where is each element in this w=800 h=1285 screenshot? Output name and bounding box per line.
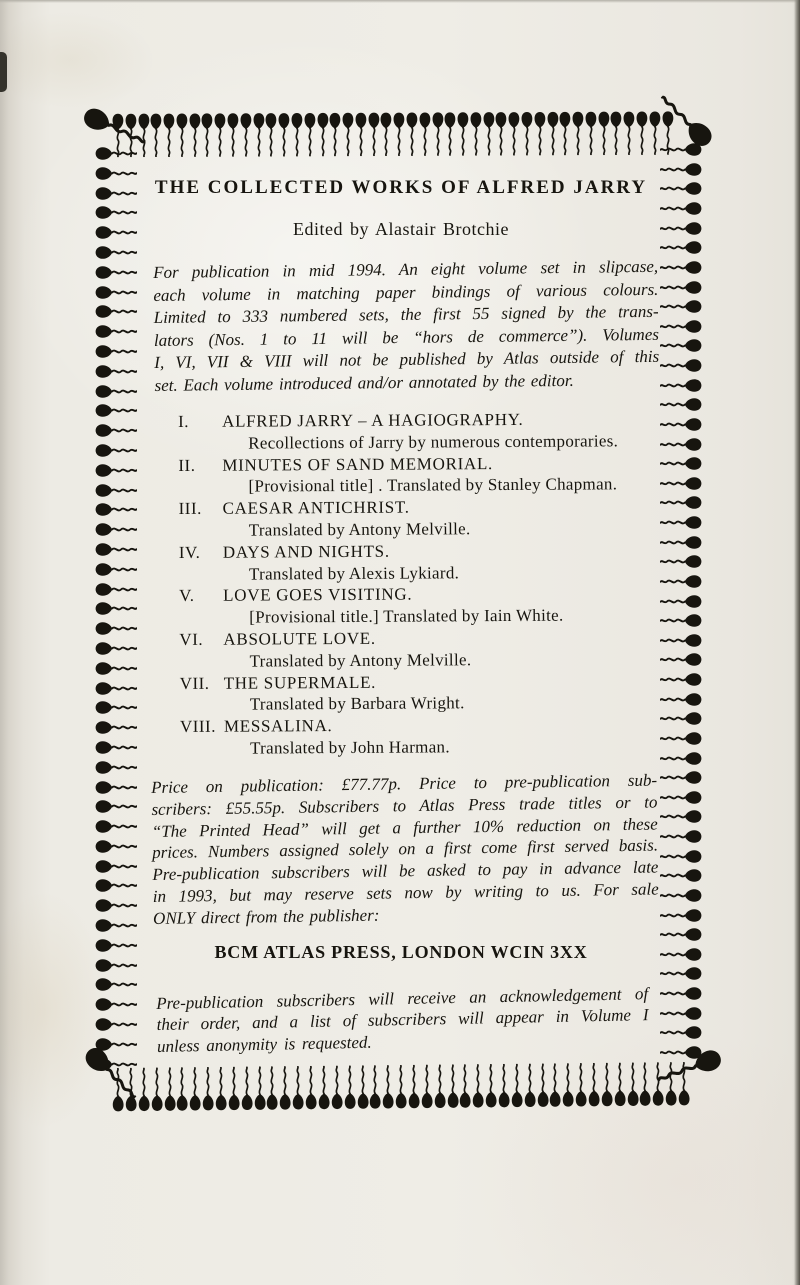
sperm-glyph-icon bbox=[639, 1061, 651, 1106]
sperm-glyph-icon bbox=[623, 111, 635, 155]
sperm-glyph-icon bbox=[329, 112, 341, 156]
volume-subtitle: Translated by John Harman. bbox=[180, 735, 672, 760]
sperm-glyph-icon bbox=[658, 1006, 702, 1021]
sperm-glyph-icon bbox=[658, 339, 702, 354]
sperm-glyph-icon bbox=[446, 1063, 458, 1108]
sperm-glyph-icon bbox=[658, 967, 702, 982]
volume-numeral: II. bbox=[178, 454, 222, 476]
sperm-glyph-icon bbox=[150, 113, 162, 157]
sperm-glyph-icon bbox=[151, 1066, 163, 1111]
volume-title: MINUTES OF SAND MEMORIAL. bbox=[222, 453, 493, 476]
sperm-glyph-icon bbox=[406, 112, 418, 156]
volume-row: III.CAESAR ANTICHRIST. Translated by Ant… bbox=[179, 495, 671, 542]
volume-row: VII.THE SUPERMALE. Translated by Barbara… bbox=[180, 670, 672, 717]
sperm-glyph-icon bbox=[95, 344, 139, 359]
sperm-glyph-icon bbox=[176, 1066, 188, 1111]
sperm-glyph-icon bbox=[498, 1063, 510, 1108]
volume-subtitle: [Provisional title.] Translated by Iain … bbox=[179, 604, 671, 629]
sperm-glyph-icon bbox=[369, 1064, 381, 1109]
sperm-glyph-icon bbox=[393, 112, 405, 156]
sperm-glyph-icon bbox=[95, 443, 139, 458]
sperm-glyph-icon bbox=[546, 111, 558, 155]
paragraph-line: set. Each volume introduced and/or annot… bbox=[154, 369, 659, 398]
sperm-glyph-icon bbox=[95, 265, 139, 280]
sperm-glyph-icon bbox=[318, 1065, 330, 1110]
sperm-glyph-icon bbox=[95, 542, 139, 557]
volume-numeral: VII. bbox=[180, 672, 224, 694]
sperm-glyph-icon bbox=[291, 112, 303, 156]
sperm-glyph-icon bbox=[316, 112, 328, 156]
sperm-glyph-icon bbox=[636, 111, 648, 155]
sperm-glyph-icon bbox=[572, 111, 584, 155]
sperm-glyph-icon bbox=[559, 111, 571, 155]
sperm-glyph-icon bbox=[658, 378, 702, 393]
sperm-glyph-icon bbox=[95, 601, 139, 616]
scanned-page: THE COLLECTED WORKS OF ALFRED JARRY Edit… bbox=[0, 0, 800, 1285]
sperm-glyph-icon bbox=[176, 113, 188, 157]
sperm-glyph-icon bbox=[485, 1063, 497, 1108]
sperm-glyph-icon bbox=[658, 829, 702, 844]
sperm-glyph-icon bbox=[658, 299, 702, 314]
volume-numeral: VI. bbox=[179, 629, 223, 651]
sperm-glyph-icon bbox=[433, 1064, 445, 1109]
sperm-glyph-icon bbox=[508, 111, 520, 155]
sperm-glyph-icon bbox=[95, 285, 139, 300]
volume-title: DAYS AND NIGHTS. bbox=[223, 540, 390, 563]
sperm-glyph-icon bbox=[521, 111, 533, 155]
volume-title: LOVE GOES VISITING. bbox=[223, 584, 412, 607]
sperm-glyph-icon bbox=[95, 245, 139, 260]
sperm-glyph-icon bbox=[421, 1064, 433, 1109]
sperm-glyph-icon bbox=[585, 111, 597, 155]
sperm-glyph-icon bbox=[658, 358, 702, 373]
sperm-glyph-icon bbox=[95, 997, 139, 1012]
volume-row: II.MINUTES OF SAND MEMORIAL. [Provisiona… bbox=[178, 452, 670, 499]
sperm-glyph-icon bbox=[189, 113, 201, 157]
sperm-glyph-icon bbox=[95, 740, 139, 755]
sperm-glyph-icon bbox=[457, 112, 469, 156]
sperm-glyph-icon bbox=[95, 780, 139, 795]
sperm-glyph-icon bbox=[610, 111, 622, 155]
sperm-glyph-icon bbox=[95, 799, 139, 814]
intro-paragraph: For publication in mid 1994. An eight vo… bbox=[153, 256, 660, 398]
sperm-glyph-icon bbox=[189, 1066, 201, 1111]
sperm-glyph-icon bbox=[95, 304, 139, 319]
sperm-glyph-icon bbox=[658, 240, 702, 255]
volume-subtitle: Translated by Barbara Wright. bbox=[180, 691, 672, 716]
sperm-glyph-icon bbox=[95, 621, 139, 636]
sperm-glyph-icon bbox=[658, 790, 702, 805]
sperm-glyph-icon bbox=[601, 1062, 613, 1107]
volume-numeral: V. bbox=[179, 585, 223, 607]
scan-edge-right bbox=[794, 0, 800, 1285]
sperm-glyph-icon bbox=[658, 908, 702, 923]
sperm-glyph-icon bbox=[658, 868, 702, 883]
sperm-glyph-icon bbox=[511, 1063, 523, 1108]
sperm-glyph-icon bbox=[470, 112, 482, 156]
sperm-glyph-icon bbox=[228, 1066, 240, 1111]
volume-title: THE SUPERMALE. bbox=[224, 671, 377, 694]
sperm-glyph-icon bbox=[253, 1065, 265, 1110]
sperm-border-left bbox=[95, 146, 139, 1072]
sperm-border-top bbox=[112, 111, 674, 158]
volume-list: I.ALFRED JARRY – A HAGIOGRAPHY. Recollec… bbox=[178, 408, 672, 760]
sperm-glyph-icon bbox=[658, 280, 702, 295]
sperm-glyph-icon bbox=[534, 111, 546, 155]
sperm-glyph-icon bbox=[483, 112, 495, 156]
sperm-glyph-icon bbox=[252, 113, 264, 157]
sperm-glyph-icon bbox=[95, 760, 139, 775]
volume-numeral: III. bbox=[179, 498, 223, 520]
volume-subtitle: Translated by Antony Melville. bbox=[179, 517, 671, 542]
sperm-glyph-icon bbox=[658, 849, 702, 864]
sperm-glyph-icon bbox=[305, 1065, 317, 1110]
sperm-glyph-icon bbox=[266, 1065, 278, 1110]
sperm-glyph-icon bbox=[163, 1066, 175, 1111]
page-title: THE COLLECTED WORKS OF ALFRED JARRY bbox=[110, 177, 692, 199]
sperm-glyph-icon bbox=[658, 810, 702, 825]
sperm-glyph-icon bbox=[613, 1062, 625, 1107]
closing-paragraph: Pre-publication subscribers will receive… bbox=[156, 983, 649, 1057]
sperm-glyph-icon bbox=[658, 319, 702, 334]
volume-title: ABSOLUTE LOVE. bbox=[223, 628, 376, 651]
sperm-glyph-icon bbox=[95, 384, 139, 399]
sperm-glyph-icon bbox=[95, 681, 139, 696]
sperm-glyph-icon bbox=[658, 927, 702, 942]
volume-row: VIII.MESSALINA. Translated by John Harma… bbox=[180, 713, 672, 760]
sperm-glyph-icon bbox=[279, 1065, 291, 1110]
volume-row: VI.ABSOLUTE LOVE. Translated by Antony M… bbox=[179, 626, 671, 673]
sperm-glyph-icon bbox=[562, 1062, 574, 1107]
sperm-glyph-icon bbox=[95, 324, 139, 339]
sperm-glyph-icon bbox=[575, 1062, 587, 1107]
volume-subtitle: Recollections of Jarry by numerous conte… bbox=[178, 430, 670, 455]
sperm-glyph-icon bbox=[549, 1062, 561, 1107]
sperm-glyph-icon bbox=[278, 112, 290, 156]
volume-title: MESSALINA. bbox=[224, 715, 333, 737]
sperm-glyph-icon bbox=[95, 819, 139, 834]
scan-edge-top bbox=[0, 0, 800, 3]
sperm-glyph-icon bbox=[95, 582, 139, 597]
volume-row: V.LOVE GOES VISITING. [Provisional title… bbox=[179, 582, 671, 629]
publisher-address: BCM ATLAS PRESS, LONDON WCIN 3XX bbox=[120, 942, 682, 963]
sperm-glyph-icon bbox=[214, 113, 226, 157]
volume-numeral: IV. bbox=[179, 542, 223, 564]
sperm-border-bottom bbox=[112, 1061, 690, 1112]
sperm-glyph-icon bbox=[408, 1064, 420, 1109]
sperm-glyph-icon bbox=[95, 720, 139, 735]
volume-subtitle: Translated by Alexis Lykiard. bbox=[179, 561, 671, 586]
sperm-glyph-icon bbox=[95, 502, 139, 517]
sperm-glyph-icon bbox=[658, 888, 702, 903]
sperm-glyph-icon bbox=[395, 1064, 407, 1109]
volume-title: ALFRED JARRY – A HAGIOGRAPHY. bbox=[222, 409, 523, 433]
pricing-paragraph: Price on publication: £77.77p. Price to … bbox=[151, 769, 659, 929]
sperm-glyph-icon bbox=[658, 770, 702, 785]
sperm-glyph-icon bbox=[536, 1062, 548, 1107]
sperm-glyph-icon bbox=[419, 112, 431, 156]
sperm-glyph-icon bbox=[95, 403, 139, 418]
volume-subtitle: [Provisional title] . Translated by Stan… bbox=[178, 473, 670, 498]
sperm-glyph-icon bbox=[241, 1066, 253, 1111]
sperm-glyph-icon bbox=[431, 112, 443, 156]
volume-row: IV.DAYS AND NIGHTS. Translated by Alexis… bbox=[179, 539, 671, 586]
sperm-glyph-icon bbox=[355, 112, 367, 156]
sperm-glyph-icon bbox=[368, 112, 380, 156]
sperm-glyph-icon bbox=[202, 1066, 214, 1111]
sperm-glyph-icon bbox=[265, 113, 277, 157]
sperm-glyph-icon bbox=[342, 112, 354, 156]
sperm-glyph-icon bbox=[382, 1064, 394, 1109]
sperm-glyph-icon bbox=[459, 1063, 471, 1108]
sperm-glyph-icon bbox=[95, 859, 139, 874]
sperm-glyph-icon bbox=[95, 661, 139, 676]
sperm-glyph-icon bbox=[95, 641, 139, 656]
sperm-glyph-icon bbox=[658, 1025, 702, 1040]
volume-row: I.ALFRED JARRY – A HAGIOGRAPHY. Recollec… bbox=[178, 408, 670, 455]
sperm-glyph-icon bbox=[304, 112, 316, 156]
sperm-glyph-icon bbox=[95, 522, 139, 537]
sperm-glyph-icon bbox=[95, 878, 139, 893]
sperm-glyph-icon bbox=[292, 1065, 304, 1110]
sperm-glyph-icon bbox=[95, 918, 139, 933]
sperm-glyph-icon bbox=[95, 364, 139, 379]
sperm-glyph-icon bbox=[658, 162, 702, 177]
sperm-glyph-icon bbox=[444, 112, 456, 156]
sperm-glyph-icon bbox=[95, 1017, 139, 1032]
sperm-glyph-icon bbox=[227, 113, 239, 157]
sperm-glyph-icon bbox=[95, 423, 139, 438]
sperm-glyph-icon bbox=[343, 1064, 355, 1109]
sperm-glyph-icon bbox=[331, 1065, 343, 1110]
volume-numeral: VIII. bbox=[180, 716, 224, 738]
sperm-glyph-icon bbox=[495, 112, 507, 156]
sperm-glyph-icon bbox=[95, 700, 139, 715]
sperm-glyph-icon bbox=[356, 1064, 368, 1109]
volume-title: CAESAR ANTICHRIST. bbox=[223, 497, 410, 520]
sperm-glyph-icon bbox=[472, 1063, 484, 1108]
sperm-glyph-icon bbox=[163, 113, 175, 157]
volume-numeral: I. bbox=[178, 411, 222, 433]
sperm-glyph-icon bbox=[215, 1066, 227, 1111]
sperm-glyph-icon bbox=[201, 113, 213, 157]
sperm-glyph-icon bbox=[658, 260, 702, 275]
sperm-glyph-icon bbox=[380, 112, 392, 156]
sperm-glyph-icon bbox=[658, 986, 702, 1001]
sperm-glyph-icon bbox=[95, 562, 139, 577]
sperm-glyph-icon bbox=[598, 111, 610, 155]
sperm-glyph-icon bbox=[95, 977, 139, 992]
sperm-glyph-icon bbox=[240, 113, 252, 157]
sperm-glyph-icon bbox=[626, 1062, 638, 1107]
sperm-glyph-icon bbox=[658, 201, 702, 216]
sperm-glyph-icon bbox=[523, 1063, 535, 1108]
sperm-glyph-icon bbox=[95, 839, 139, 854]
scan-artifact-blob bbox=[0, 52, 7, 92]
sperm-glyph-icon bbox=[95, 483, 139, 498]
sperm-glyph-icon bbox=[95, 898, 139, 913]
editor-byline: Edited by Alastair Brotchie bbox=[110, 219, 692, 240]
sperm-glyph-icon bbox=[95, 463, 139, 478]
volume-subtitle: Translated by Antony Melville. bbox=[179, 648, 671, 673]
sperm-glyph-icon bbox=[588, 1062, 600, 1107]
